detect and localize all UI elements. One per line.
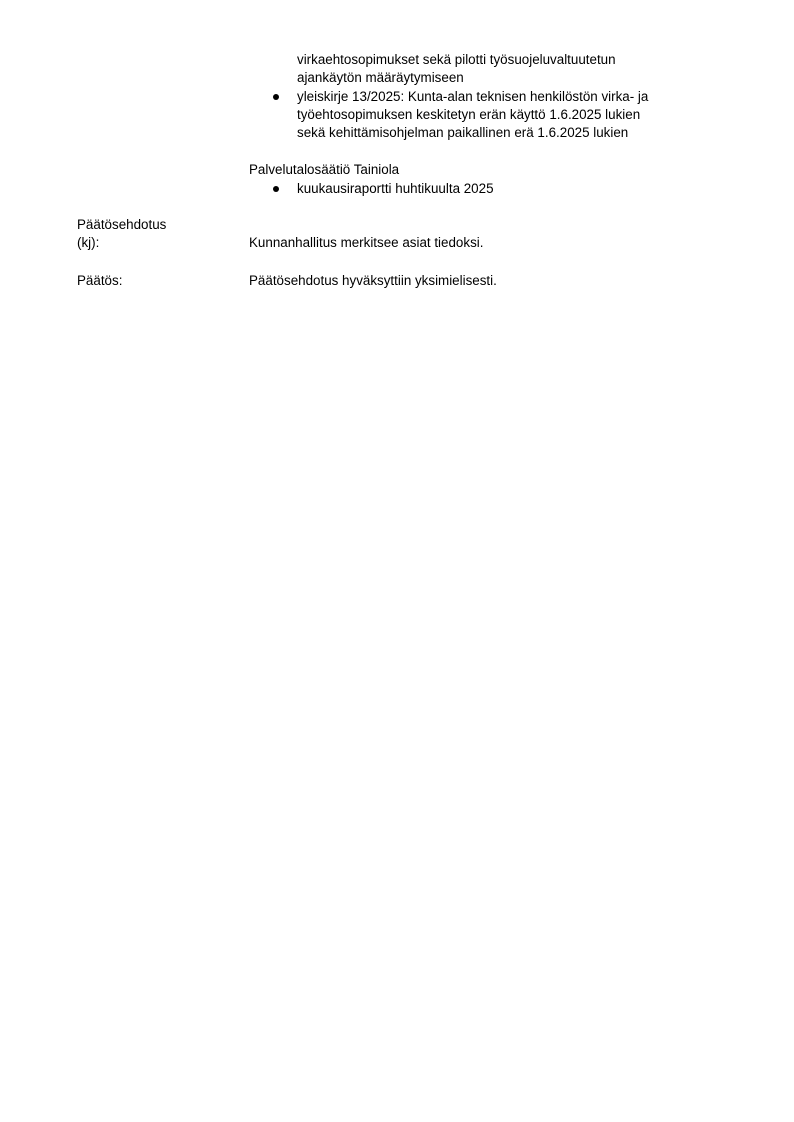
decision-label: Päätös:: [77, 272, 122, 290]
list-item-line: työehtosopimuksen keskitetyn erän käyttö…: [297, 106, 640, 124]
proposal-label-suffix: (kj):: [77, 234, 99, 252]
list-item-line: yleiskirje 13/2025: Kunta-alan teknisen …: [297, 88, 648, 106]
list-item-line: sekä kehittämisohjelman paikallinen erä …: [297, 124, 628, 142]
list-item: kuukausiraportti huhtikuulta 2025: [297, 180, 494, 198]
section-heading: Palvelutalosäätiö Tainiola: [249, 161, 399, 179]
proposal-label: Päätösehdotus: [77, 216, 166, 234]
decision-text: Päätösehdotus hyväksyttiin yksimielisest…: [249, 272, 497, 290]
list-item-continuation-line: ajankäytön määräytymiseen: [297, 69, 464, 87]
bullet-icon: [273, 94, 279, 100]
list-item-continuation-line: virkaehtosopimukset sekä pilotti työsuoj…: [297, 51, 616, 69]
proposal-text: Kunnanhallitus merkitsee asiat tiedoksi.: [249, 234, 483, 252]
bullet-icon: [273, 186, 279, 192]
